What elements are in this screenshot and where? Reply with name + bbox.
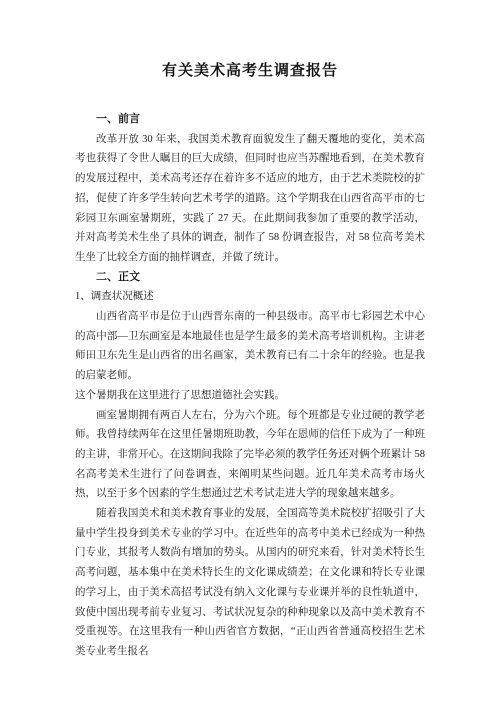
paragraph-art-exam-trend: 随着我国美术和美术教育事业的发展，全国高等美术院校扩招吸引了大量中学生投身到美术… <box>75 504 425 662</box>
section-heading-main-body: 二、正文 <box>75 268 425 288</box>
paragraph-foreword: 改革开放 30 年来，我国美术教育面貌发生了翻天覆地的变化，美术高考也获得了令世… <box>75 130 425 268</box>
document-title-text: 有关美术高考生调查报告 <box>162 63 338 79</box>
paragraph-practice-note: 这个暑期我在这里进行了思想道德社会实践。 <box>75 386 425 406</box>
document-title: 有关美术高考生调查报告 <box>75 60 425 82</box>
paragraph-studio-classes: 画室暑期拥有两百人左右，分为六个班。每个班都是专业过硬的教学老师。我曾持续两年在… <box>75 406 425 505</box>
document-page: 有关美术高考生调查报告 一、前言 改革开放 30 年来，我国美术教育面貌发生了翻… <box>0 0 500 707</box>
subheading-survey-overview: 1、调查状况概述 <box>75 287 425 307</box>
section-heading-foreword: 一、前言 <box>75 110 425 130</box>
paragraph-location-intro: 山西省高平市是位于山西晋东南的一种县级市。高平市七彩园艺术中心的高中部—卫东画室… <box>75 307 425 386</box>
